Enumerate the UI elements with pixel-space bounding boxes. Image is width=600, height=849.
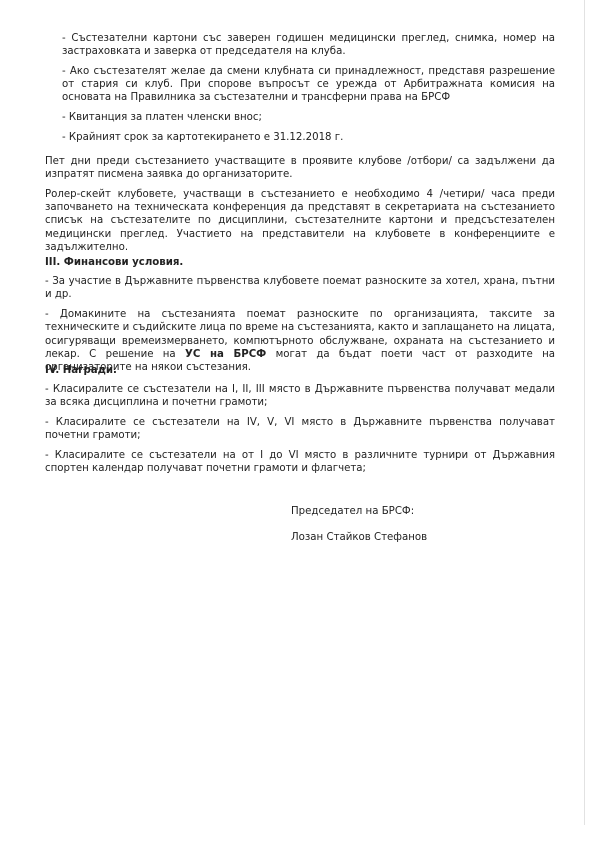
signature-block: Председател на БРСФ: Лозан Стайков Стефа… xyxy=(291,505,427,557)
section-heading: III. Финансови условия. xyxy=(45,256,555,269)
list-item: - За участие в Държавните първенства клу… xyxy=(45,275,555,301)
signature-title: Председател на БРСФ: xyxy=(291,505,427,518)
paragraph: Пет дни преди състезанието участващите в… xyxy=(45,155,555,181)
registration-paragraphs: Пет дни преди състезанието участващите в… xyxy=(45,155,555,260)
list-item: - Класиралите се състезатели на от I до … xyxy=(45,449,555,475)
list-item: - Класиралите се състезатели на I, II, I… xyxy=(45,383,555,409)
section-finance: III. Финансови условия. - За участие в Д… xyxy=(45,256,555,381)
signature-name: Лозан Стайков Стефанов xyxy=(291,531,427,544)
requirements-list: - Състезателни картони със заверен годиш… xyxy=(62,32,555,150)
page-edge-divider xyxy=(584,0,585,825)
paragraph: Ролер-скейт клубовете, участващи в състе… xyxy=(45,188,555,254)
bold-text: УС на БРСФ xyxy=(185,349,266,360)
list-item: - Крайният срок за картотекирането е 31.… xyxy=(62,131,555,144)
section-awards: IV. Награди. - Класиралите се състезател… xyxy=(45,364,555,482)
section-heading: IV. Награди. xyxy=(45,364,555,377)
list-item: - Класиралите се състезатели на IV, V, V… xyxy=(45,416,555,442)
list-item: - Състезателни картони със заверен годиш… xyxy=(62,32,555,58)
list-item: - Квитанция за платен членски внос; xyxy=(62,111,555,124)
list-item: - Ако състезателят желае да смени клубна… xyxy=(62,65,555,105)
